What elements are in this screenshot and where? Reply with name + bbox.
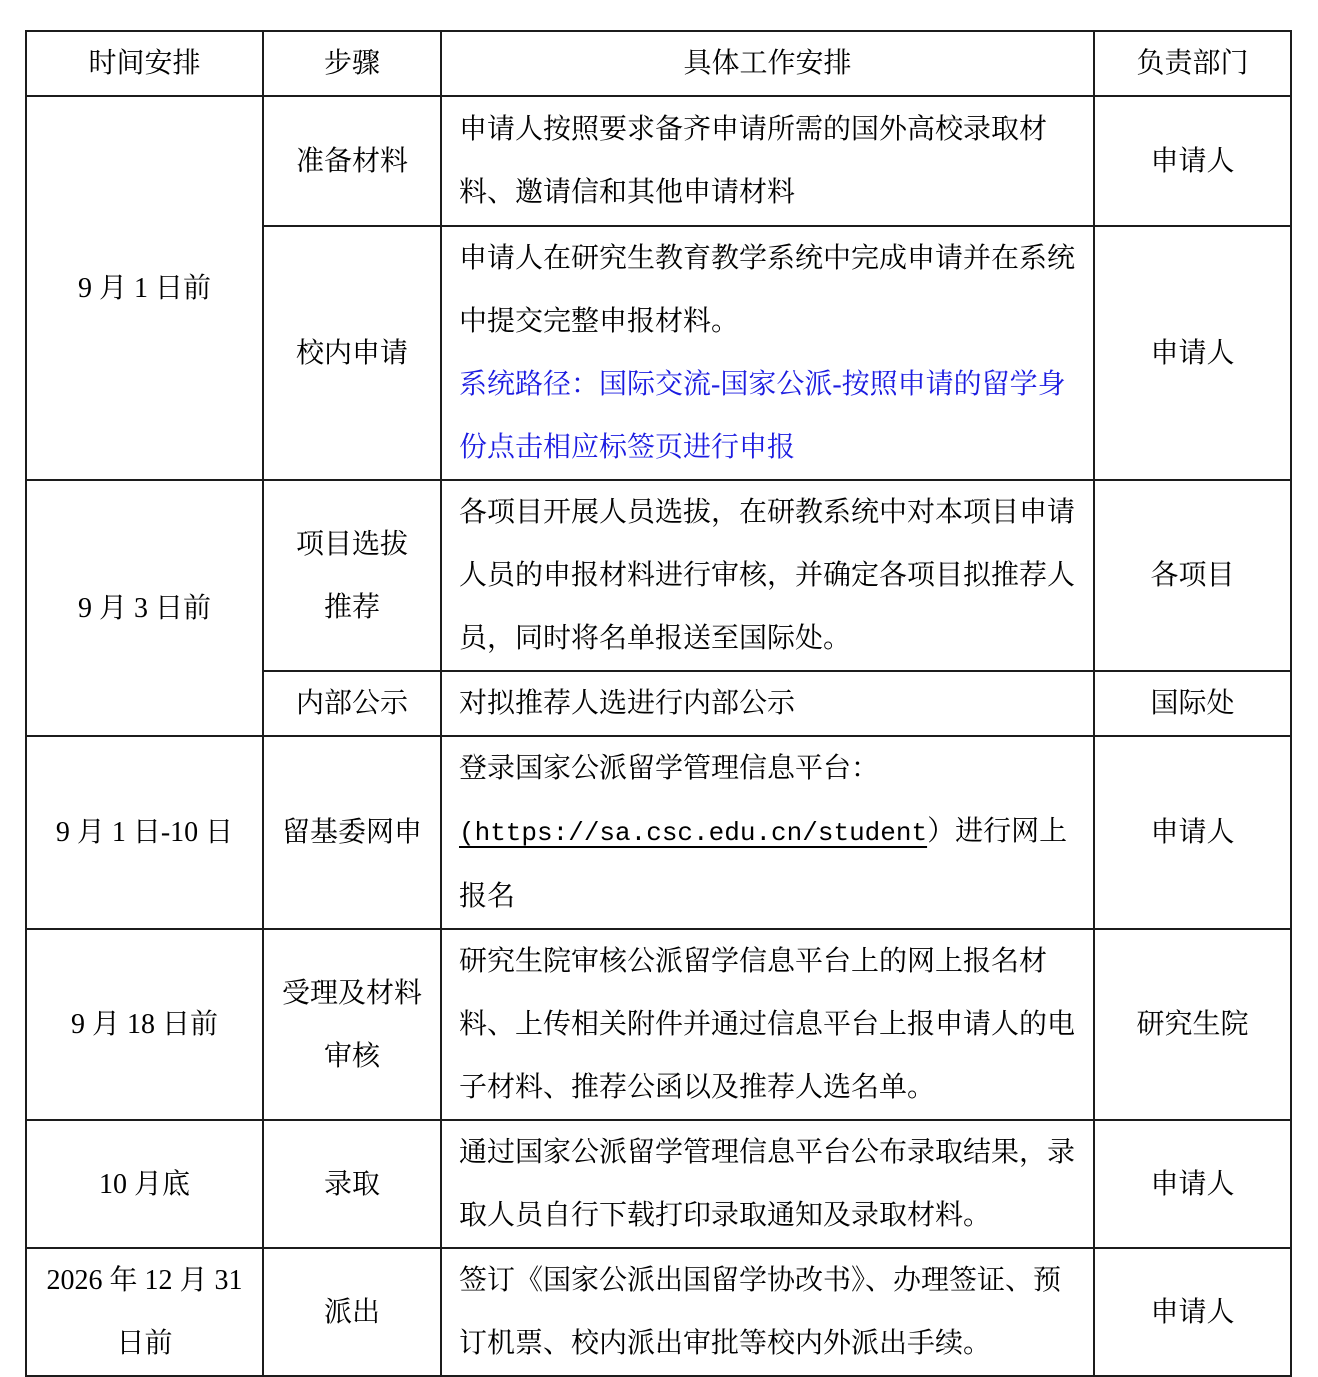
time-cell: 9 月 1 日-10 日 [26,736,263,929]
work-cell: 各项目开展人员选拔，在研教系统中对本项目申请人员的申报材料进行审核，并确定各项目… [441,480,1094,671]
work-cell: 申请人按照要求备齐申请所需的国外高校录取材料、邀请信和其他申请材料 [441,96,1094,226]
step-cell: 录取 [263,1120,441,1248]
work-cell: 通过国家公派留学管理信息平台公布录取结果，录取人员自行下载打印录取通知及录取材料… [441,1120,1094,1248]
work-cell: 对拟推荐人选进行内部公示 [441,671,1094,736]
dept-cell: 国际处 [1094,671,1291,736]
time-cell: 10 月底 [26,1120,263,1248]
work-cell: 登录国家公派留学管理信息平台：(https://sa.csc.edu.cn/st… [441,736,1094,929]
dept-cell: 申请人 [1094,1248,1291,1376]
time-line: 2026 年 12 月 31 [27,1249,262,1312]
dept-cell: 研究生院 [1094,929,1291,1120]
table-header-row: 时间安排 步骤 具体工作安排 负责部门 [26,31,1291,96]
work-cell: 签订《国家公派出国留学协改书》、办理签证、预订机票、校内派出审批等校内外派出手续… [441,1248,1094,1376]
header-cell-time: 时间安排 [26,31,263,96]
header-cell-dept: 负责部门 [1094,31,1291,96]
time-cell: 2026 年 12 月 31 日前 [26,1248,263,1376]
header-cell-work: 具体工作安排 [441,31,1094,96]
table-row: 9 月 3 日前 项目选拔 推荐 各项目开展人员选拔，在研教系统中对本项目申请人… [26,480,1291,671]
dept-cell: 申请人 [1094,226,1291,480]
work-text: 登录国家公派留学管理信息平台： [459,753,879,784]
dept-cell: 申请人 [1094,736,1291,929]
time-cell: 9 月 3 日前 [26,480,263,736]
step-line: 推荐 [264,576,440,639]
paren-close: ） [927,816,955,847]
work-cell: 申请人在研究生教育教学系统中完成申请并在系统中提交完整申报材料。 系统路径：国际… [441,226,1094,480]
time-cell: 9 月 1 日前 [26,96,263,480]
dept-cell: 申请人 [1094,96,1291,226]
header-cell-step: 步骤 [263,31,441,96]
step-cell: 受理及材料 审核 [263,929,441,1120]
step-cell: 校内申请 [263,226,441,480]
table-row: 2026 年 12 月 31 日前 派出 签订《国家公派出国留学协改书》、办理签… [26,1248,1291,1376]
table-row: 10 月底 录取 通过国家公派留学管理信息平台公布录取结果，录取人员自行下载打印… [26,1120,1291,1248]
step-cell: 准备材料 [263,96,441,226]
system-path-note: 系统路径：国际交流-国家公派-按照申请的留学身份点击相应标签页进行申报 [459,353,1083,479]
document-page: 时间安排 步骤 具体工作安排 负责部门 9 月 1 日前 准备材料 申请人按照要… [25,30,1292,1377]
work-text: 申请人在研究生教育教学系统中完成申请并在系统中提交完整申报材料。 [459,227,1083,353]
time-line: 日前 [27,1312,262,1375]
step-cell: 派出 [263,1248,441,1376]
step-line: 审核 [264,1025,440,1088]
csc-platform-link[interactable]: (https://sa.csc.edu.cn/student [459,818,927,848]
dept-cell: 申请人 [1094,1120,1291,1248]
work-cell: 研究生院审核公派留学信息平台上的网上报名材料、上传相关附件并通过信息平台上报申请… [441,929,1094,1120]
step-line: 受理及材料 [264,962,440,1025]
step-cell: 项目选拔 推荐 [263,480,441,671]
dept-cell: 各项目 [1094,480,1291,671]
step-line: 项目选拔 [264,513,440,576]
step-cell: 内部公示 [263,671,441,736]
step-cell: 留基委网申 [263,736,441,929]
table-row: 9 月 1 日前 准备材料 申请人按照要求备齐申请所需的国外高校录取材料、邀请信… [26,96,1291,226]
schedule-table: 时间安排 步骤 具体工作安排 负责部门 9 月 1 日前 准备材料 申请人按照要… [25,30,1292,1377]
time-cell: 9 月 18 日前 [26,929,263,1120]
table-row: 9 月 18 日前 受理及材料 审核 研究生院审核公派留学信息平台上的网上报名材… [26,929,1291,1120]
table-row: 9 月 1 日-10 日 留基委网申 登录国家公派留学管理信息平台：(https… [26,736,1291,929]
